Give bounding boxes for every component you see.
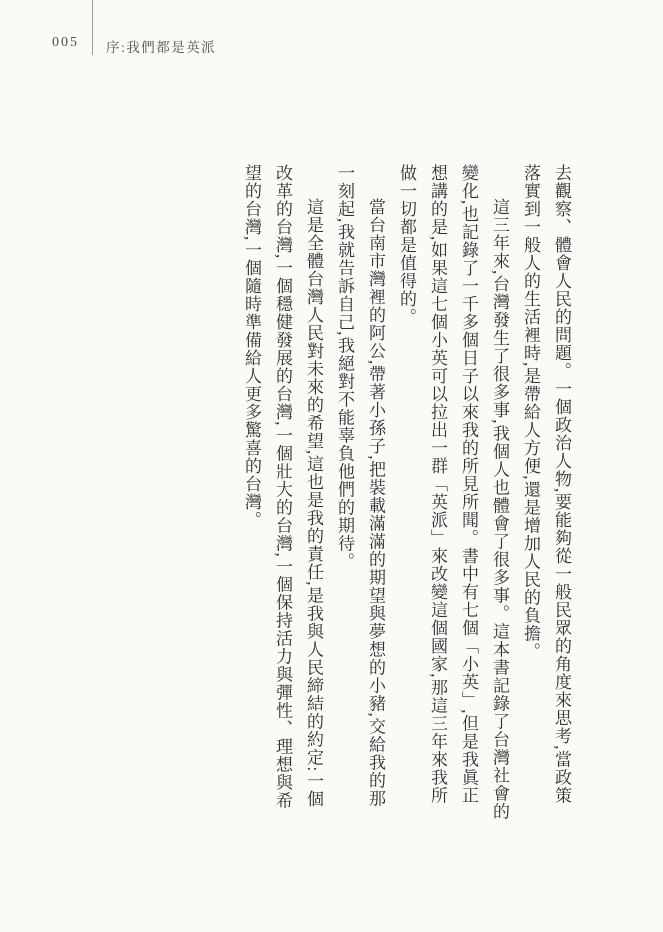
body-text-block: 去觀察、體會人民的問題。一個政治人物,要能夠從一般民眾的角度來思考,當政策落實到… (231, 164, 577, 822)
paragraph: 去觀察、體會人民的問題。一個政治人物,要能夠從一般民眾的角度來思考,當政策落實到… (515, 164, 577, 822)
running-header: 005 序:我們都是英派 (0, 0, 663, 70)
book-page: 005 序:我們都是英派 去觀察、體會人民的問題。一個政治人物,要能夠從一般民眾… (0, 0, 663, 932)
paragraph: 當台南市灣裡的阿公,帶著小孫子,把裝載滿滿的期望與夢想的小豬,交給我的那一刻起,… (329, 164, 391, 822)
chapter-title: 序:我們都是英派 (106, 36, 216, 56)
paragraph: 這三年來,台灣發生了很多事,我個人也體會了很多事。這本書記錄了台灣社會的變化,也… (391, 164, 515, 822)
header-divider (92, 0, 93, 55)
page-number: 005 (52, 35, 79, 51)
paragraph: 這是全體台灣人民對未來的希望,這也是我的責任,是我與人民締結的約定:一個改革的台… (236, 164, 329, 822)
